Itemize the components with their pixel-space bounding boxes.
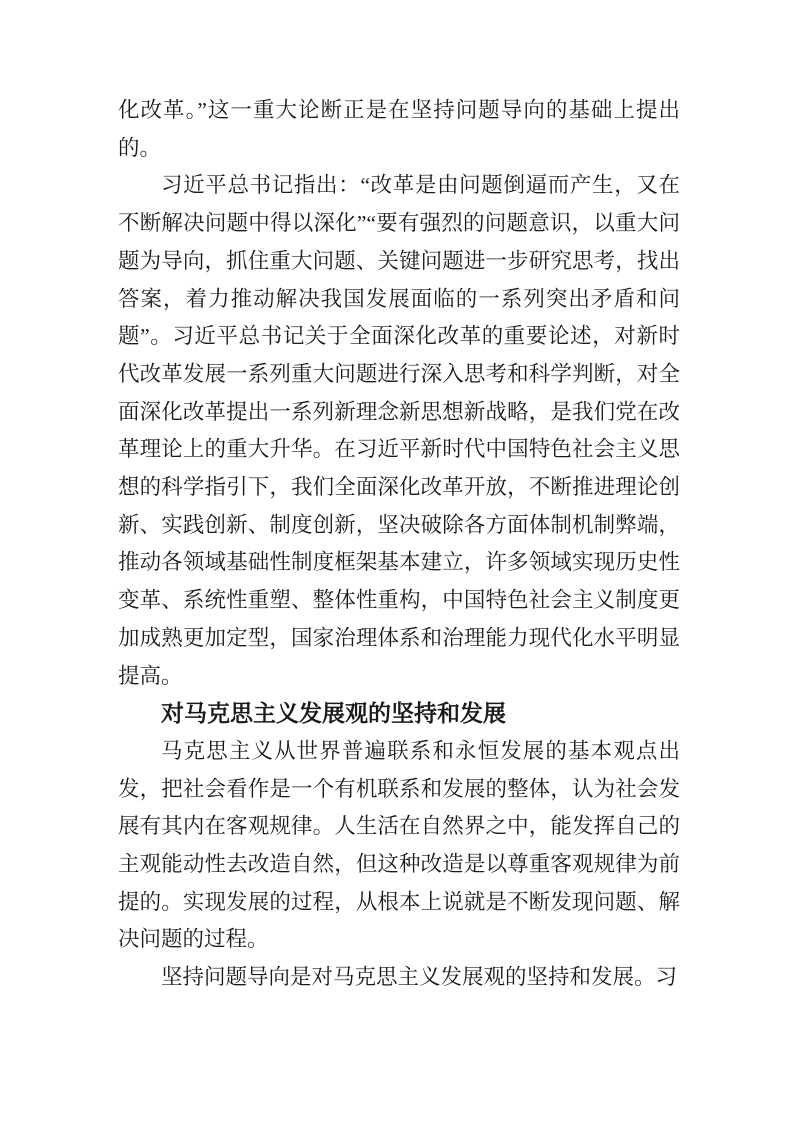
section-heading: 对马克思主义发展观的坚持和发展 [118,695,680,733]
paragraph-body: 习近平总书记指出：“改革是由问题倒逼而产生，又在不断解决问题中得以深化”“要有强… [118,167,680,695]
paragraph-continuation: 化改革。”这一重大论断正是在坚持问题导向的基础上提出的。 [118,92,680,167]
document-content: 化改革。”这一重大论断正是在坚持问题导向的基础上提出的。 习近平总书记指出：“改… [118,92,680,997]
document-page: 化改革。”这一重大论断正是在坚持问题导向的基础上提出的。 习近平总书记指出：“改… [0,0,793,1122]
paragraph-body: 马克思主义从世界普遍联系和永恒发展的基本观点出发，把社会看作是一个有机联系和发展… [118,733,680,959]
paragraph-body-cutoff: 坚持问题导向是对马克思主义发展观的坚持和发展。习 [118,959,680,997]
